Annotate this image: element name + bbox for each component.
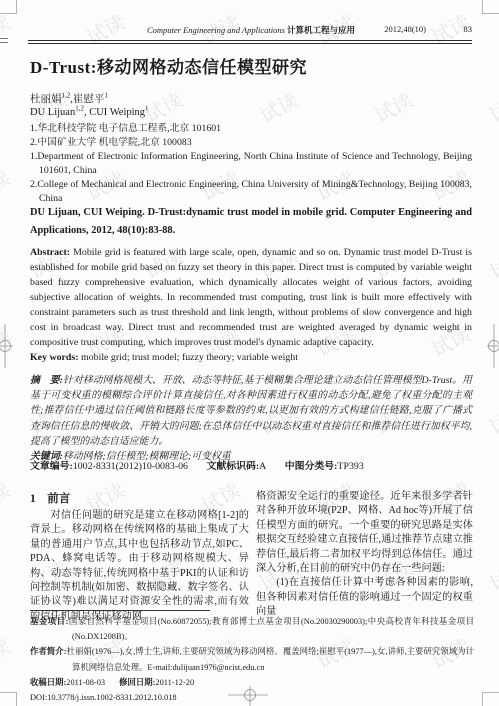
received-date-label: 收稿日期: bbox=[30, 678, 66, 687]
abstract-english: Abstract: Mobile grid is featured with l… bbox=[30, 245, 472, 350]
author-en-2: CUI Weiping bbox=[89, 107, 145, 118]
watermark-text: 试读 bbox=[254, 84, 303, 128]
fund-project-line: 基金项目:国家自然科学基金项目(No.60872055);教育部博士点基金项目(… bbox=[30, 614, 474, 644]
journal-name-english: Computer Engineering and Applications bbox=[147, 25, 285, 35]
section-1-left-paragraph: 对信任问题的研究是建立在移动网格[1-2]的背景上。移动网格在传统网格的基础上集… bbox=[30, 509, 249, 624]
authors-english: DU Lijuan1,2, CUI Weiping1 bbox=[30, 107, 149, 118]
affiliation-en-1: 1.Department of Electronic Information E… bbox=[30, 150, 472, 178]
received-date-value: 2011-08-03 bbox=[66, 678, 105, 687]
author-en-1-affiliation-sup: 1,2 bbox=[75, 105, 84, 113]
author-en-1: DU Lijuan bbox=[30, 107, 75, 118]
keywords-english: Key words: mobile grid; trust model; fuz… bbox=[30, 350, 472, 365]
header-rule bbox=[28, 40, 472, 44]
author-bio-text: 杜丽娟(1976—),女,博士生,讲师,主要研究领域为移动网格、覆盖网络;崔慰平… bbox=[67, 647, 475, 671]
abstract-chinese: 摘 要:针对移动网格规模大、开放、动态等特征,基于模糊集合理论建立动态信任管理模… bbox=[30, 373, 472, 449]
crop-mark-top-left bbox=[0, 0, 17, 14]
watermark-text: 试读 bbox=[484, 552, 499, 596]
author-zh-1-affiliation-sup: 1,2 bbox=[62, 92, 71, 100]
watermark-text: 试读 bbox=[369, 84, 418, 128]
crop-mark-top-right bbox=[482, 0, 499, 14]
article-number: 文章编号:1002-8331(2012)10-0083-06 bbox=[30, 461, 188, 472]
author-en-2-affiliation-sup: 1 bbox=[145, 105, 149, 113]
page-number: 83 bbox=[464, 24, 473, 34]
crop-mark-bottom-right bbox=[482, 692, 499, 706]
article-number-value: 1002-8331(2012)10-0083-06 bbox=[73, 461, 188, 472]
revised-date-label: 修回日期: bbox=[119, 678, 155, 687]
watermark-text: 试读 bbox=[484, 396, 499, 440]
watermark-text: 试读 bbox=[0, 630, 14, 674]
registration-mark-bottom-center bbox=[228, 686, 272, 706]
author-zh-2: 崔慰平 bbox=[73, 94, 105, 105]
registration-mark-left bbox=[0, 324, 16, 373]
crop-mark-bottom-left bbox=[0, 692, 17, 706]
keywords-label: Key words: bbox=[30, 352, 79, 363]
abstract-label: Abstract: bbox=[30, 247, 70, 258]
revised-date-value: 2011-12-20 bbox=[155, 678, 194, 687]
watermark-text: 试读 bbox=[484, 240, 499, 284]
section-1-right-paragraph-1: 格资源安全运行的重要途径。近年来很多学者针对各种开放环境(P2P、网格、Ad h… bbox=[256, 490, 473, 576]
clc-number-value: TP393 bbox=[337, 461, 363, 472]
document-code-value: A bbox=[259, 461, 266, 472]
author-bio-line: 作者简介:杜丽娟(1976—),女,博士生,讲师,主要研究领域为移动网格、覆盖网… bbox=[30, 644, 474, 674]
issue-number: 2012,48(10) bbox=[384, 24, 426, 34]
author-bio-label: 作者简介: bbox=[30, 647, 67, 656]
citation-text: DU Lijuan, CUI Weiping. D-Trust:dynamic … bbox=[30, 204, 472, 240]
edge-mark-left bbox=[0, 38, 8, 43]
registration-mark-right bbox=[485, 324, 499, 373]
body-column-left: 1 前言 对信任问题的研究是建立在移动网格[1-2]的背景上。移动网格在传统网格… bbox=[30, 490, 249, 624]
citation-block: DU Lijuan, CUI Weiping. D-Trust:dynamic … bbox=[30, 204, 472, 240]
watermark-text: 试读 bbox=[484, 84, 499, 128]
abstract-text: Mobile grid is featured with large scale… bbox=[30, 247, 472, 348]
fund-project-label: 基金项目: bbox=[30, 617, 68, 626]
abstract-zh-label: 摘 要: bbox=[30, 375, 63, 386]
footnote-rule bbox=[30, 610, 210, 611]
body-column-right: 格资源安全运行的重要途径。近年来很多学者针对各种开放环境(P2P、网格、Ad h… bbox=[256, 490, 473, 620]
keywords-text: mobile grid; trust model; fuzzy theory; … bbox=[79, 352, 298, 363]
abstract-zh-text: 针对移动网格规模大、开放、动态等特征,基于模糊集合理论建立动态信任管理模型D-T… bbox=[30, 375, 472, 447]
article-number-label: 文章编号: bbox=[30, 461, 73, 472]
affiliation-zh-1: 1.华北科技学院 电子信息工程系,北京 101601 bbox=[30, 122, 221, 136]
article-meta-line: 文章编号:1002-8331(2012)10-0083-06 文献标识码:A 中… bbox=[30, 458, 380, 472]
affiliations-chinese: 1.华北科技学院 电子信息工程系,北京 101601 2.中国矿业大学 机电学院… bbox=[30, 122, 221, 150]
journal-name-chinese: 计算机工程与应用 bbox=[287, 25, 355, 35]
watermark-text: 试读 bbox=[0, 474, 14, 518]
author-zh-2-affiliation-sup: 1 bbox=[104, 92, 108, 100]
author-zh-1: 杜丽娟 bbox=[30, 94, 62, 105]
fund-project-text: 国家自然科学基金项目(No.60872055);教育部博士点基金项目(No.20… bbox=[68, 617, 474, 641]
affiliation-en-2: 2.College of Mechanical and Electronic E… bbox=[30, 178, 472, 206]
clc-number-label: 中图分类号: bbox=[285, 461, 338, 472]
watermark-text: 试读 bbox=[0, 162, 14, 206]
authors-chinese: 杜丽娟1,2,崔慰平1 bbox=[30, 91, 108, 106]
page: 试读试读试读试读试读试读试读试读试读试读试读试读试读试读试读试读试读试读试读试读… bbox=[0, 0, 499, 706]
running-head: Computer Engineering and Applications 计算… bbox=[30, 24, 472, 37]
affiliations-english: 1.Department of Electronic Information E… bbox=[30, 150, 472, 206]
abstract-english-block: Abstract: Mobile grid is featured with l… bbox=[30, 245, 472, 365]
paper-title: D-Trust:移动网格动态信任模型研究 bbox=[30, 53, 307, 78]
affiliation-zh-2: 2.中国矿业大学 机电学院,北京 100083 bbox=[30, 136, 221, 150]
abstract-chinese-block: 摘 要:针对移动网格规模大、开放、动态等特征,基于模糊集合理论建立动态信任管理模… bbox=[30, 373, 472, 464]
clc-number: 中图分类号:TP393 bbox=[285, 461, 364, 472]
section-1-heading: 1 前言 bbox=[30, 490, 249, 506]
document-code-label: 文献标识码: bbox=[206, 461, 259, 472]
document-code: 文献标识码:A bbox=[206, 461, 266, 472]
